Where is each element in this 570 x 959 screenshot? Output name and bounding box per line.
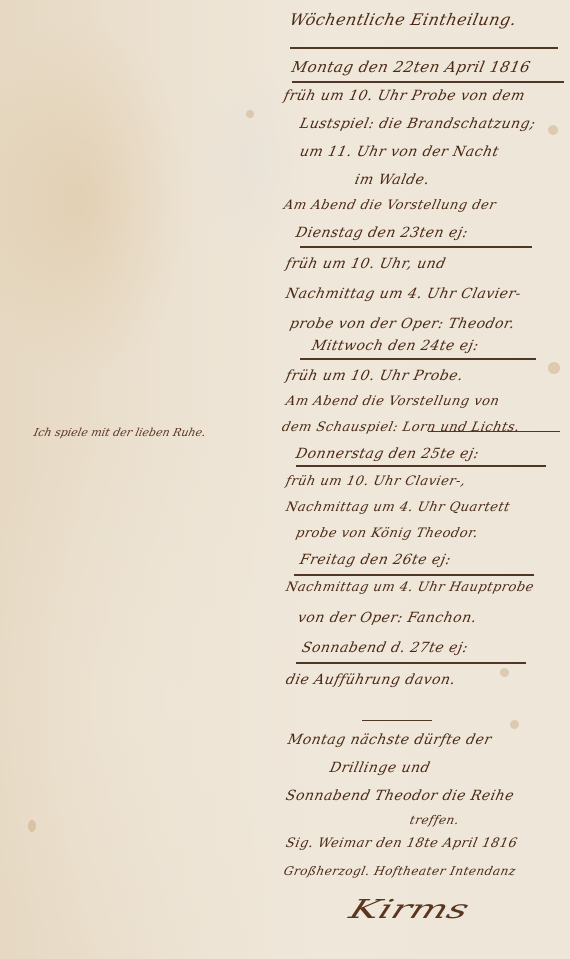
entry-line: Nachmittag um 4. Uhr Hauptprobe (284, 580, 535, 595)
margin-note: Ich spiele mit der lieben Ruhe. (33, 426, 207, 439)
stain (548, 125, 558, 135)
document-heading: Wöchentliche Eintheilung. (288, 10, 519, 29)
entry-line: Mittwoch den 24te ej: (310, 338, 480, 354)
underline (300, 246, 532, 248)
entry-line: Sig. Weimar den 18te April 1816 (284, 836, 518, 851)
entry-line: Nachmittag um 4. Uhr Clavier- (284, 286, 522, 302)
separator-flourish (362, 720, 432, 721)
underline (292, 81, 564, 83)
entry-line: Montag nächste dürfte der (286, 732, 493, 748)
entry-line: früh um 10. Uhr Probe von dem (282, 88, 526, 104)
strikethrough (428, 431, 560, 432)
entry-line: Sonnabend Theodor die Reihe (284, 788, 515, 804)
entry-line: Am Abend die Vorstellung von (284, 394, 500, 409)
entry-line: früh um 10. Uhr Clavier-, (284, 474, 467, 489)
entry-line: probe von der Oper: Theodor. (288, 316, 516, 332)
entry-line: um 11. Uhr von der Nacht (298, 144, 500, 160)
stain (548, 362, 560, 374)
entry-line: Montag den 22ten April 1816 (290, 58, 532, 76)
entry-line: früh um 10. Uhr, und (284, 256, 447, 272)
entry-line: treffen. (409, 813, 461, 827)
stain (246, 110, 254, 118)
entry-line: dem Schauspiel: Lorn und Lichts. (280, 420, 521, 435)
stain (28, 820, 36, 832)
entry-line: Großherzogl. Hoftheater Intendanz (283, 864, 518, 878)
manuscript-page: Wöchentliche Eintheilung. Montag den 22t… (0, 0, 570, 959)
entry-line: Nachmittag um 4. Uhr Quartett (284, 500, 511, 515)
entry-line: die Aufführung davon. (284, 672, 457, 688)
entry-line: Freitag den 26te ej: (298, 552, 452, 568)
entry-line: Sonnabend d. 27te ej: (300, 640, 469, 656)
stain (500, 668, 509, 677)
underline (296, 662, 526, 664)
underline (294, 574, 534, 576)
underline (290, 47, 558, 49)
entry-line: Lustspiel: die Brandschatzung; (298, 116, 537, 132)
underline (296, 465, 546, 467)
stain (510, 720, 519, 729)
signature: Kirms (345, 895, 473, 925)
entry-line: von der Oper: Fanchon. (296, 610, 478, 626)
underline (300, 358, 536, 360)
entry-line: Drillinge und (328, 760, 431, 776)
entry-line: im Walde. (353, 172, 431, 188)
entry-line: Donnerstag den 25te ej: (294, 446, 480, 462)
entry-line: probe von König Theodor. (294, 526, 479, 541)
entry-line: Dienstag den 23ten ej: (294, 225, 469, 241)
entry-line: früh um 10. Uhr Probe. (284, 368, 464, 384)
entry-line: Am Abend die Vorstellung der (282, 198, 497, 213)
